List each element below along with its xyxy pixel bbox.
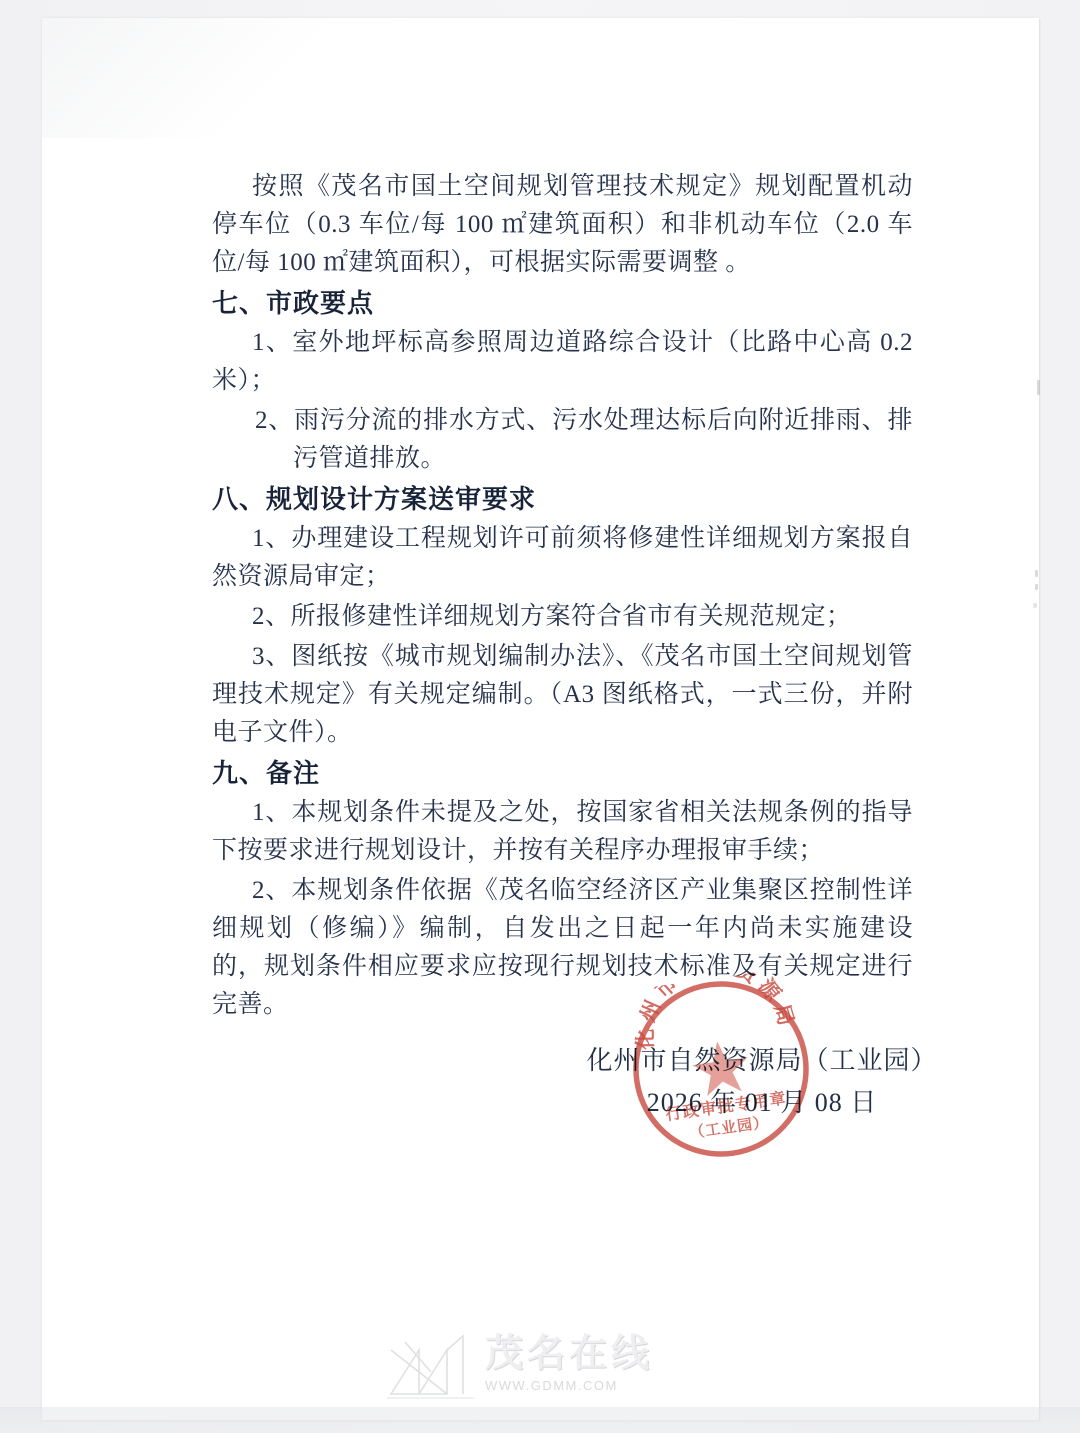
document-body: 按照《茂名市国土空间规划管理技术规定》规划配置机动停车位（0.3 车位/每 10… — [42, 18, 1039, 1026]
seal-graphic: 化州市自然资源局 行政审批专用章 （工业园） — [618, 966, 824, 1172]
scan-edge-band — [0, 1407, 1080, 1433]
list-item: 1、室外地坪标高参照周边道路综合设计（比路中心高 0.2 米）； — [212, 324, 913, 400]
list-item: 1、本规划条件未提及之处，按国家省相关法规条例的指导下按要求进行规划设计，并按有… — [212, 794, 913, 870]
list-item: 2、雨污分流的排水方式、污水处理达标后向附近排雨、排污管道排放。 — [212, 402, 913, 478]
watermark-site-name: 茂名在线 — [485, 1332, 653, 1376]
watermark-site-url: WWW.GDMM.COM — [485, 1378, 653, 1393]
site-watermark: 茂名在线 WWW.GDMM.COM — [385, 1332, 685, 1402]
list-item: 3、图纸按《城市规划编制办法》、《茂名市国土空间规划管理技术规定》有关规定编制。… — [212, 638, 913, 752]
seal-caption-line1: 行政审批专用章 — [664, 1088, 788, 1124]
section-heading-municipal: 七、市政要点 — [212, 284, 913, 322]
section-heading-remarks: 九、备注 — [212, 754, 913, 792]
paragraph-parking-requirements: 按照《茂名市国土空间规划管理技术规定》规划配置机动停车位（0.3 车位/每 10… — [212, 168, 913, 282]
scan-artifact — [1035, 584, 1038, 590]
star-icon — [689, 1037, 752, 1097]
scan-artifact — [1037, 380, 1040, 395]
list-item: 2、所报修建性详细规划方案符合省市有关规范规定； — [212, 598, 913, 636]
official-seal: 化州市自然资源局 行政审批专用章 （工业园） — [618, 966, 824, 1172]
scan-artifact — [1035, 570, 1038, 577]
scan-artifact — [1033, 603, 1037, 608]
list-item: 2、本规划条件依据《茂名临空经济区产业集聚区控制性详细规划（修编）》编制，自发出… — [212, 872, 913, 1024]
list-item: 1、办理建设工程规划许可前须将修建性详细规划方案报自然资源局审定； — [212, 520, 913, 596]
watermark-logo-icon — [385, 1332, 477, 1400]
section-heading-submission: 八、规划设计方案送审要求 — [212, 480, 913, 518]
scan-background: 按照《茂名市国土空间规划管理技术规定》规划配置机动停车位（0.3 车位/每 10… — [0, 0, 1080, 1433]
document-page: 按照《茂名市国土空间规划管理技术规定》规划配置机动停车位（0.3 车位/每 10… — [42, 18, 1039, 1420]
